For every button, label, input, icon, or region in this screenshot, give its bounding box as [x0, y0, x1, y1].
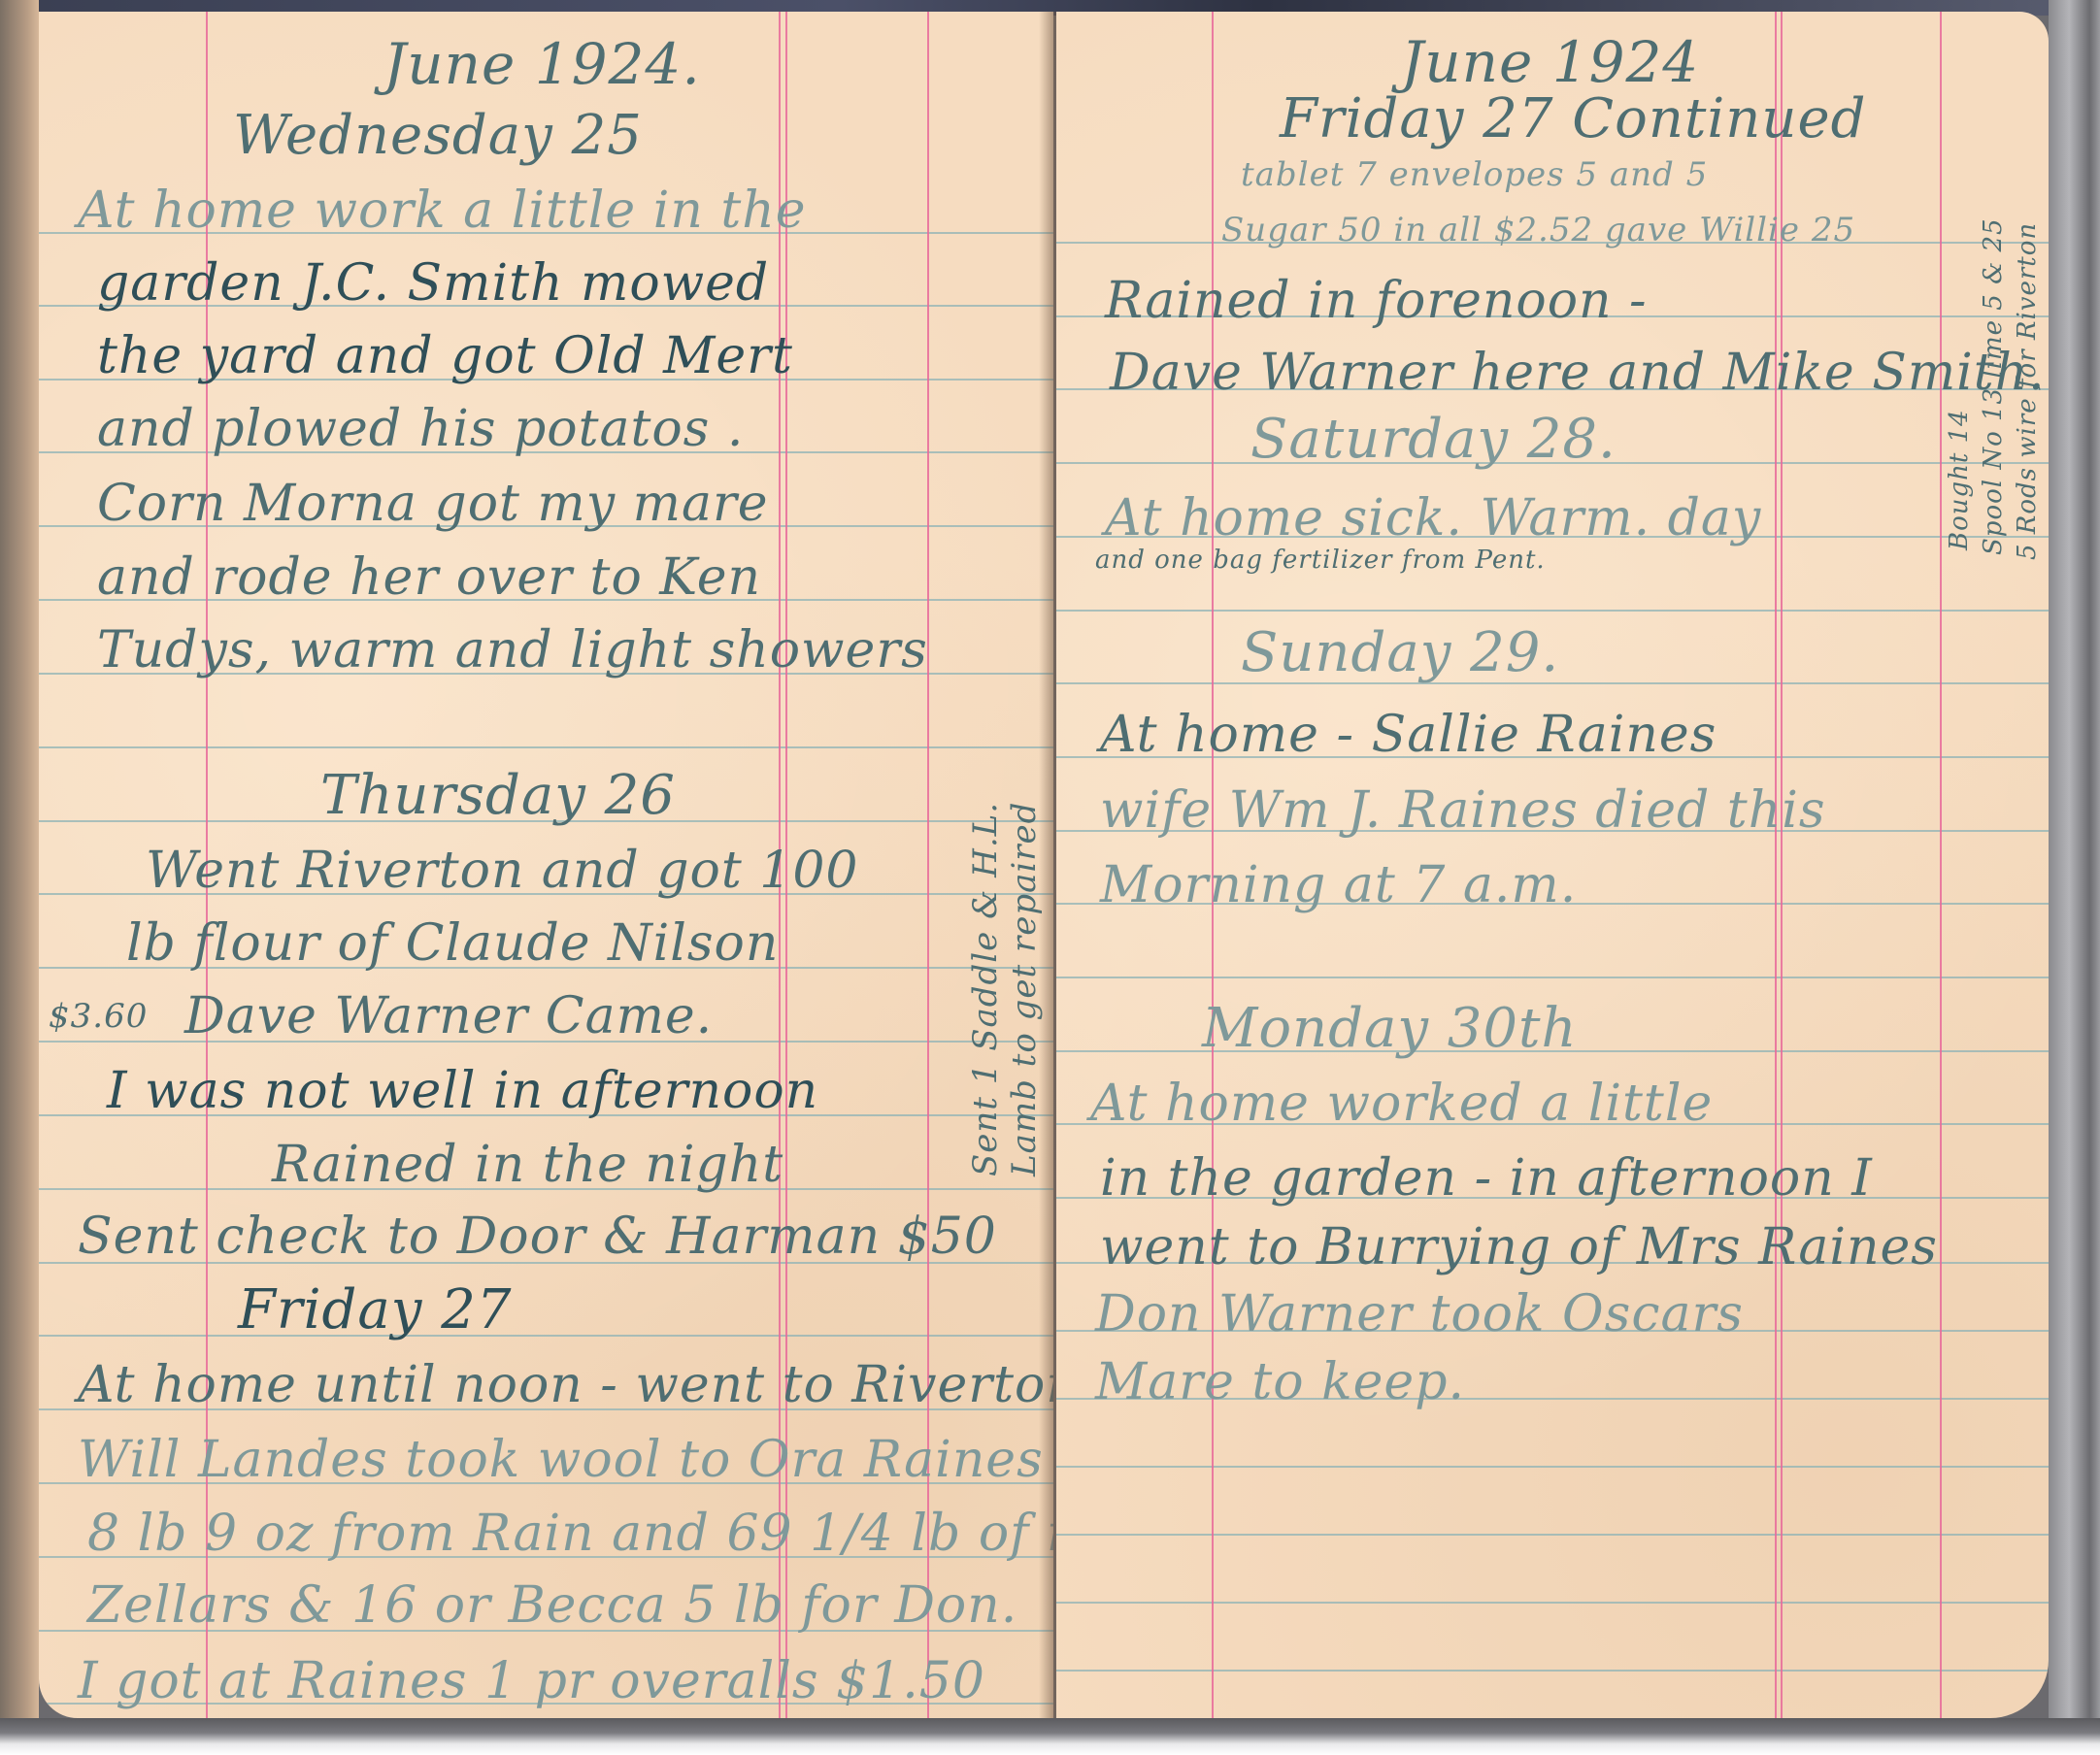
entry-line: Sent check to Door & Harman $50	[78, 1208, 997, 1266]
entry-line: Tudys, warm and light showers	[97, 621, 928, 679]
entry-line: I was not well in afternoon	[107, 1062, 818, 1120]
entry-line: Corn Morna got my mare	[97, 475, 769, 533]
entry-line: At home until noon - went to Riverton	[78, 1356, 1053, 1414]
vertical-margin-note: Sent 1 Saddle & H.L.	[966, 802, 1005, 1176]
entry-line: At home sick. Warm. day	[1105, 489, 1761, 547]
notebook-cover-left	[0, 0, 39, 1755]
entry-line: and plowed his potatos .	[97, 400, 744, 458]
ruled-line	[1056, 1534, 2049, 1536]
entry-line: the yard and got Old Mert	[97, 327, 793, 385]
page-header: June 1924	[1401, 29, 1699, 95]
ruled-line	[1056, 977, 2049, 978]
column-line	[1940, 12, 1942, 1718]
entry-day-title: Friday 27	[238, 1278, 512, 1341]
vertical-margin-note: 5 Rods wire for Riverton	[2013, 222, 2042, 560]
entry-line: At home work a little in the	[78, 182, 807, 240]
entry-line: Dave Warner Came.	[184, 987, 713, 1045]
entry-line: Dave Warner here and Mike Smith.	[1110, 344, 2046, 402]
vertical-margin-note: Spool No 13 lime 5 & 25	[1979, 217, 2008, 555]
entry-day-title: Monday 30th	[1202, 997, 1578, 1060]
entry-line: in the garden - in afternoon I	[1100, 1149, 1873, 1208]
entry-line: wife Wm J. Raines died this	[1100, 781, 1826, 840]
left-page: June 1924. Wednesday 25 At home work a l…	[39, 12, 1053, 1718]
entry-line: Mare to keep.	[1095, 1353, 1465, 1411]
entry-line: went to Burrying of Mrs Raines	[1100, 1218, 1938, 1276]
vertical-margin-note: Bought 14	[1945, 409, 1974, 550]
entry-line: Zellars & 16 or Becca 5 lb for Don.	[87, 1576, 1017, 1635]
ruled-line	[1056, 1670, 2049, 1672]
notebook-cover-bottom	[0, 1718, 2100, 1755]
entry-day-title: Friday 27 Continued	[1280, 87, 1866, 150]
entry-line: Don Warner took Oscars	[1095, 1285, 1744, 1343]
right-page: June 1924 Friday 27 Continued tablet 7 e…	[1056, 12, 2049, 1718]
entry-day-title: Thursday 26	[320, 764, 676, 827]
vertical-margin-note: Lamb to get repaired	[1005, 802, 1044, 1176]
entry-line: Went Riverton and got 100	[146, 842, 859, 900]
ruled-line	[1056, 1602, 2049, 1604]
entry-line: tablet 7 envelopes 5 and 5	[1241, 155, 1708, 194]
entry-line: I got at Raines 1 pr overalls $1.50	[78, 1652, 985, 1710]
column-line	[1781, 12, 1783, 1718]
entry-line: At home worked a little	[1090, 1075, 1713, 1133]
entry-line: Morning at 7 a.m.	[1100, 856, 1577, 914]
column-line	[1775, 12, 1777, 1718]
entry-line: lb flour of Claude Nilson	[126, 914, 779, 973]
ruled-line	[1056, 610, 2049, 612]
entry-line: Rained in the night	[272, 1136, 783, 1194]
entry-day-title: Wednesday 25	[233, 104, 643, 167]
entry-day-title: Saturday 28.	[1250, 408, 1617, 471]
entry-line: garden J.C. Smith mowed	[97, 254, 769, 313]
page-header: June 1924.	[383, 31, 701, 97]
ruled-line	[39, 1335, 1053, 1337]
entry-line: Rained in forenoon -	[1105, 272, 1648, 330]
ruled-line	[39, 746, 1053, 748]
entry-line: Will Landes took wool to Ora Raines	[78, 1431, 1044, 1489]
entry-line: Sugar 50 in all $2.52 gave Willie 25	[1221, 211, 1855, 249]
entry-line: and one bag fertilizer from Pent.	[1095, 546, 1546, 575]
margin-amount: $3.60	[49, 997, 148, 1036]
entry-day-title: Sunday 29.	[1241, 621, 1559, 684]
entry-line: At home - Sallie Raines	[1100, 706, 1717, 764]
entry-line: and rode her over to Ken	[97, 548, 761, 607]
ruled-line	[1056, 1466, 2049, 1468]
notebook-cover-right	[2049, 0, 2100, 1755]
entry-line: 8 lb 9 oz from Rain and 69 1/4 lb of min…	[87, 1505, 1053, 1563]
